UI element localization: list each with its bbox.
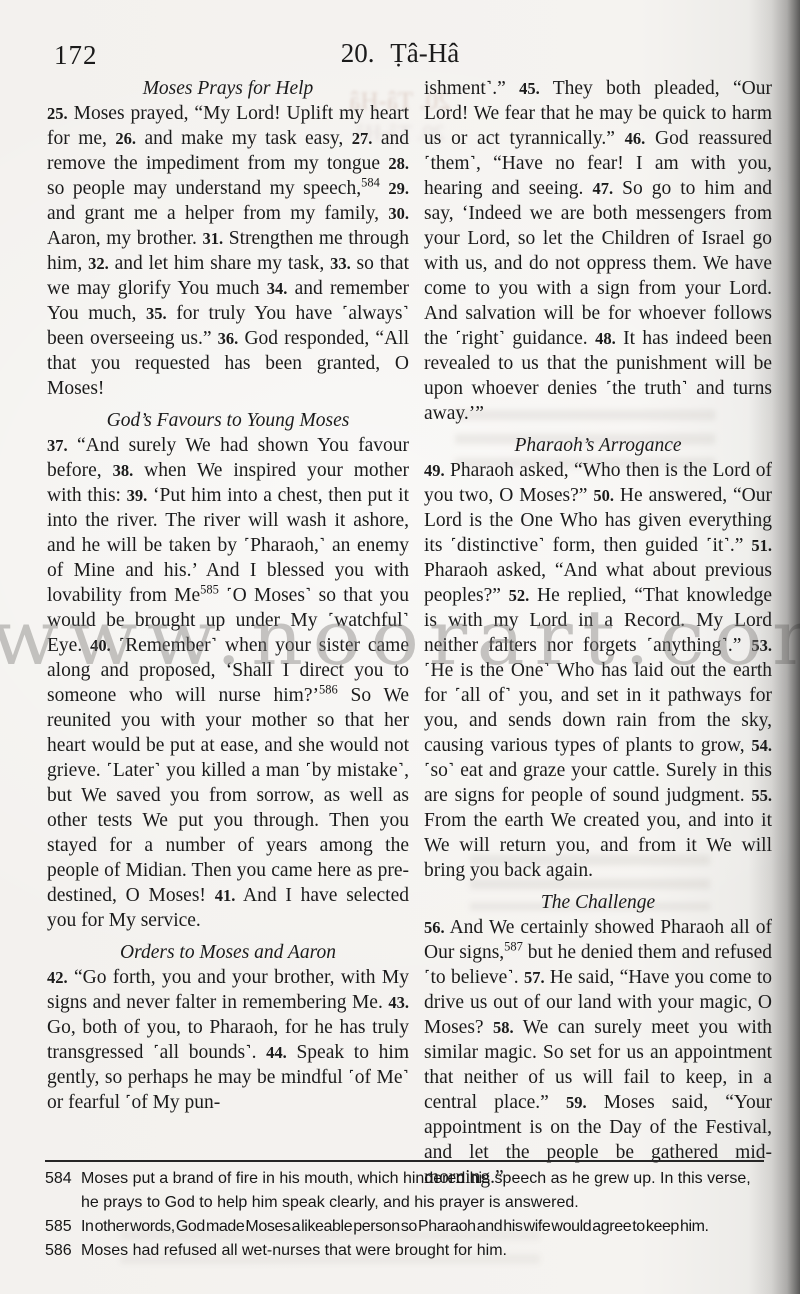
verse-paragraph: 25. Moses prayed, “My Lord! Uplift my he… xyxy=(47,101,409,401)
chapter-title: 20. Ṭâ-Hâ xyxy=(0,40,800,67)
verse-text: and grant me a helper from my family, xyxy=(47,203,388,224)
footnote-text: Moses put a brand of fire in his mouth, … xyxy=(81,1167,764,1215)
verse-text: ˹He is the One˺ Who has laid out the ear… xyxy=(424,660,772,756)
verse-number: 34. xyxy=(267,279,288,298)
footnote-ref: 585 xyxy=(200,583,219,597)
verse-number: 33. xyxy=(330,254,351,273)
verse-text: Aaron, my brother. xyxy=(47,228,203,249)
verse-number: 39. xyxy=(127,486,148,505)
verse-text: ishment˺.” xyxy=(424,78,519,99)
verse-text: and let him share my task, xyxy=(109,253,330,274)
footnote-number: 586 xyxy=(45,1239,81,1263)
verse-number: 30. xyxy=(388,204,409,223)
verse-text: and make my task easy, xyxy=(136,128,352,149)
verse-number: 36. xyxy=(218,329,239,348)
verse-number: 25. xyxy=(47,104,68,123)
footnote-text: In other words, God made Moses a likeabl… xyxy=(81,1215,764,1239)
footnote: 584Moses put a brand of fire in his mout… xyxy=(45,1167,764,1215)
verse-number: 54. xyxy=(751,736,772,755)
verse-number: 59. xyxy=(566,1093,587,1112)
verse-number: 29. xyxy=(388,179,409,198)
verse-number: 58. xyxy=(493,1018,514,1037)
footnote-ref: 587 xyxy=(504,940,523,954)
verse-number: 31. xyxy=(203,229,224,248)
verse-number: 51. xyxy=(751,536,772,555)
verse-number: 35. xyxy=(146,304,167,323)
footnote-number: 584 xyxy=(45,1167,81,1215)
right-text-column: ishment˺.” 45. They both pleaded, “Our L… xyxy=(424,76,772,1190)
verse-paragraph: ishment˺.” 45. They both pleaded, “Our L… xyxy=(424,76,772,426)
section-heading: God’s Favours to Young Moses xyxy=(47,408,409,433)
verse-text: From the earth We created you, and into … xyxy=(424,810,772,881)
verse-text: “Go forth, you and your brother, with My… xyxy=(47,967,409,1013)
verse-text: So go to him and say, ‘Indeed we are bot… xyxy=(424,178,772,349)
footnote: 585In other words, God made Moses a like… xyxy=(45,1215,764,1239)
footnotes: 584Moses put a brand of fire in his mout… xyxy=(45,1160,764,1263)
verse-number: 32. xyxy=(88,254,109,273)
left-text-column: Moses Prays for Help25. Moses prayed, “M… xyxy=(47,76,409,1115)
book-page: 20. Ṭâ-Hâ 20. Ṭâ-Hâ 172 20. Ṭâ-Hâ Moses … xyxy=(0,0,800,1294)
verse-number: 40. xyxy=(90,636,111,655)
verse-number: 43. xyxy=(388,993,409,1012)
verse-number: 46. xyxy=(625,129,646,148)
section-heading: Moses Prays for Help xyxy=(47,76,409,101)
footnote-ref: 586 xyxy=(319,683,338,697)
verse-number: 48. xyxy=(595,329,616,348)
footnote-number: 585 xyxy=(45,1215,81,1239)
verse-number: 56. xyxy=(424,918,445,937)
footnote-text: Moses had refused all wet-nurses that we… xyxy=(81,1239,764,1263)
verse-number: 57. xyxy=(524,968,545,987)
verse-number: 44. xyxy=(266,1043,287,1062)
verse-number: 26. xyxy=(115,129,136,148)
verse-text: So We reunited you with your mother so t… xyxy=(47,685,409,906)
verse-number: 45. xyxy=(519,79,540,98)
verse-paragraph: 42. “Go forth, you and your brother, wit… xyxy=(47,965,409,1115)
verse-number: 28. xyxy=(388,154,409,173)
verse-number: 49. xyxy=(424,461,445,480)
verse-text: so people may understand my speech, xyxy=(47,178,361,199)
verse-paragraph: 37. “And surely We had shown You favour … xyxy=(47,433,409,933)
footnote-ref: 584 xyxy=(361,176,380,190)
verse-number: 38. xyxy=(113,461,134,480)
verse-number: 41. xyxy=(215,886,236,905)
verse-text: ˹so˺ eat and graze your cattle. Surely i… xyxy=(424,760,772,806)
verse-paragraph: 56. And We certainly showed Pharaoh all … xyxy=(424,915,772,1190)
verse-number: 27. xyxy=(352,129,373,148)
section-heading: The Challenge xyxy=(424,890,772,915)
verse-paragraph: 49. Pharaoh asked, “Who then is the Lord… xyxy=(424,458,772,883)
verse-number: 53. xyxy=(751,636,772,655)
footnote: 586Moses had refused all wet-nurses that… xyxy=(45,1239,764,1263)
verse-number: 55. xyxy=(751,786,772,805)
verse-number: 42. xyxy=(47,968,68,987)
verse-number: 47. xyxy=(592,179,613,198)
section-heading: Pharaoh’s Arrogance xyxy=(424,433,772,458)
verse-number: 37. xyxy=(47,436,68,455)
verse-number: 50. xyxy=(593,486,614,505)
section-heading: Orders to Moses and Aaron xyxy=(47,940,409,965)
verse-number: 52. xyxy=(509,586,530,605)
